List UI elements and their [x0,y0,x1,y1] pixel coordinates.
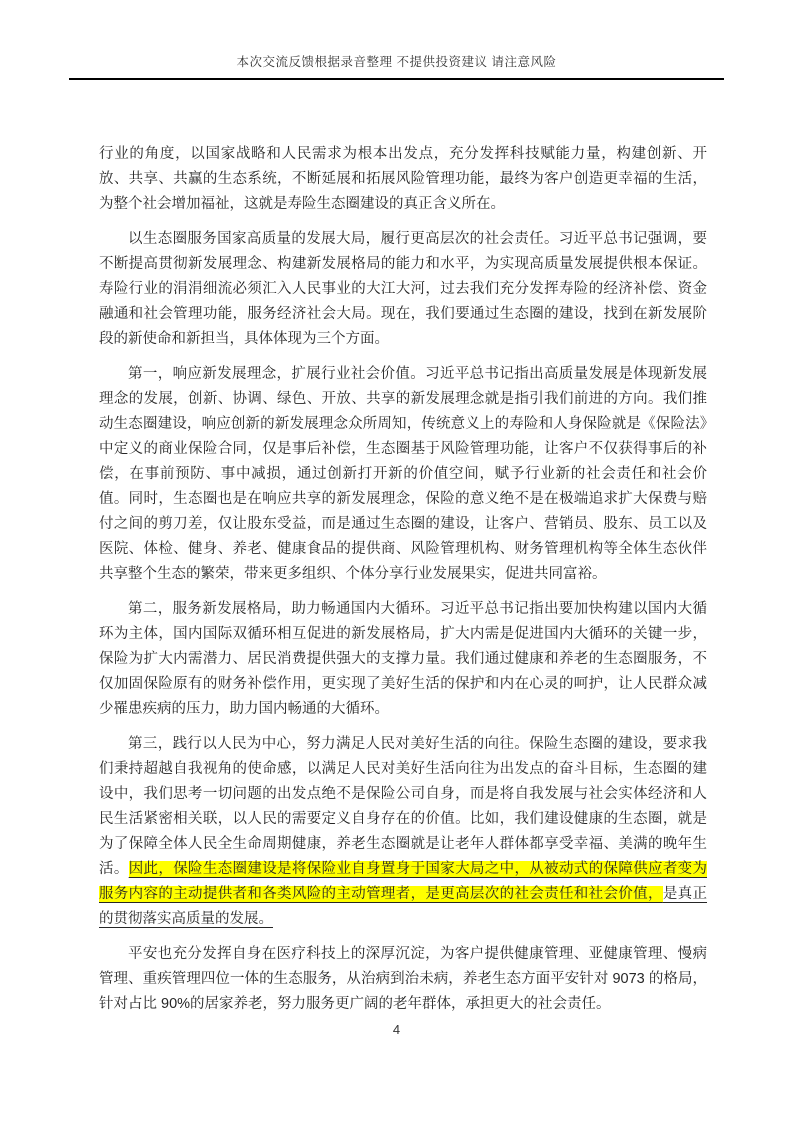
page-footer: 4 [0,1022,793,1037]
document-page: 本次交流反馈根据录音整理 不提供投资建议 请注意风险 行业的角度，以国家战略和人… [0,0,793,1122]
header-divider [69,78,724,80]
paragraph-3: 第一，响应新发展理念，扩展行业社会价值。习近平总书记指出高质量发展是体现新发展理… [99,362,707,587]
page-header: 本次交流反馈根据录音整理 不提供投资建议 请注意风险 [0,0,793,80]
page-number: 4 [393,1022,400,1037]
paragraph-1: 行业的角度，以国家战略和人民需求为根本出发点，充分发挥科技赋能力量，构建创新、开… [99,142,707,217]
paragraph-6: 平安也充分发挥自身在医疗科技上的深厚沉淀，为客户提供健康管理、亚健康管理、慢病管… [99,942,707,1017]
paragraph-2: 以生态圈服务国家高质量的发展大局，履行更高层次的社会责任。习近平总书记强调，要不… [99,227,707,352]
paragraph-5: 第三，践行以人民为中心，努力满足人民对美好生活的向往。保险生态圈的建设，要求我们… [99,732,707,932]
header-disclaimer: 本次交流反馈根据录音整理 不提供投资建议 请注意风险 [0,54,793,71]
paragraph-5-normal-text: 第三，践行以人民为中心，努力满足人民对美好生活的向往。保险生态圈的建设，要求我们… [99,736,707,877]
document-body: 行业的角度，以国家战略和人民需求为根本出发点，充分发挥科技赋能力量，构建创新、开… [99,142,707,1017]
paragraph-4: 第二，服务新发展格局，助力畅通国内大循环。习近平总书记指出要加快构建以国内大循环… [99,597,707,722]
paragraph-5-highlighted-text: 因此，保险生态圈建设是将保险业自身置身于国家大局之中，从被动式的保障供应者变为服… [99,861,707,902]
